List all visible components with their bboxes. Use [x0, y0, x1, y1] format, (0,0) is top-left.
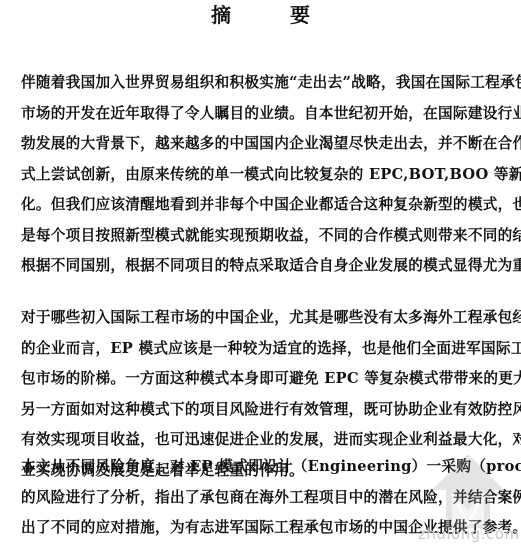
zhulong-logo-icon	[428, 452, 508, 532]
text-line: 对于哪些初入国际工程市场的中国企业，尤其是哪些没有太多海外工程承包经验	[21, 303, 505, 334]
abstract-title: 摘 要	[0, 1, 521, 29]
text-line: 另一方面如对这种模式下的项目风险进行有效管理，既可协助企业有效防控风险，	[21, 395, 505, 426]
paragraph-1: 伴随着我国加入世界贸易组织和积极实施“走出去”战略，我国在国际工程承包 市场的开…	[21, 68, 505, 282]
text-line: 的企业而言，EP 模式应该是一种较为适宜的选择，也是他们全面进军国际工程承	[21, 334, 505, 365]
text-line: 包市场的阶梯。一方面这种模式本身即可避免 EPC 等复杂模式带带来的更大风险，	[21, 364, 505, 395]
text-line: 有效实现项目收益，也可迅速促进企业的发展，进而实现企业利益最大化，对企	[21, 425, 505, 456]
text-line: 伴随着我国加入世界贸易组织和积极实施“走出去”战略，我国在国际工程承包	[21, 68, 505, 99]
text-line: 根据不同国别，根据不同项目的特点采取适合自身企业发展的模式显得尤为重要。	[21, 251, 505, 282]
text-line: 勃发展的大背景下，越来越多的中国国内企业渴望尽快走出去，并不断在合作模	[21, 129, 505, 160]
text-line: 化。但我们应该清醒地看到并非每个中国企业都适合这种复杂新型的模式，也不	[21, 190, 505, 221]
text-line: 是每个项目按照新型模式就能实现预期收益，不同的合作模式则带来不同的结果。	[21, 221, 505, 252]
text-line: 式上尝试创新，由原来传统的单一模式向比较复杂的 EPC,BOT,BOO 等新型模…	[21, 160, 505, 191]
text-line: 市场的开发在近年取得了令人瞩目的业绩。自本世纪初开始，在国际建设行业蓬	[21, 99, 505, 130]
watermark-text: zhulong.com	[418, 525, 520, 543]
